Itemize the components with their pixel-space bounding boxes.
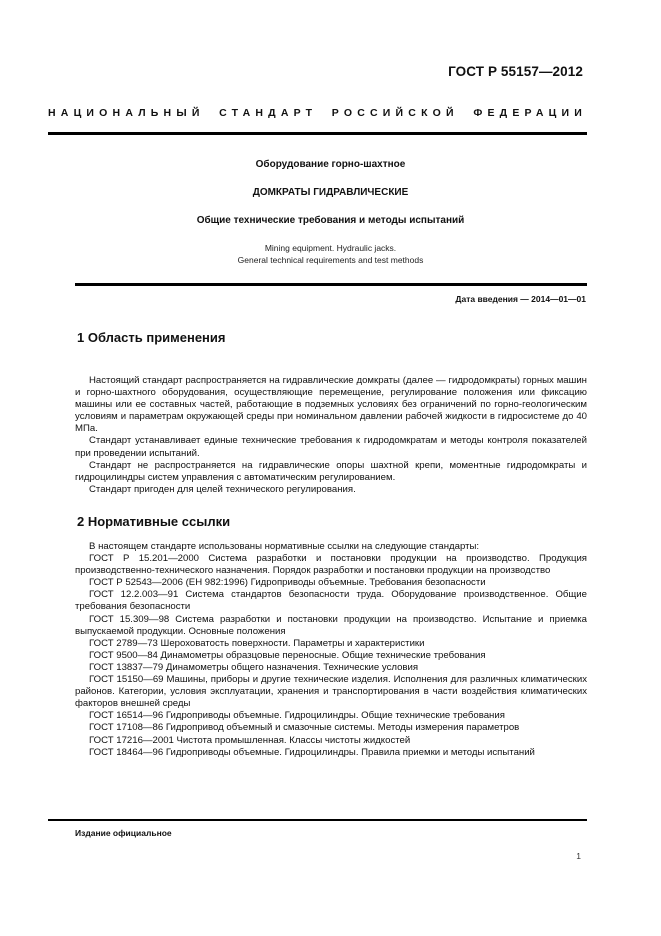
banner-word: СТАНДАРТ — [219, 107, 317, 119]
section-body-scope: Настоящий стандарт распространяется на г… — [75, 375, 587, 496]
section-heading-scope: 1 Область применения — [77, 330, 226, 345]
reference-item: ГОСТ 13837—79 Динамометры общего назначе… — [75, 662, 587, 674]
document-code: ГОСТ Р 55157—2012 — [448, 64, 583, 79]
document-subtitle-top: Оборудование горно-шахтное — [0, 159, 661, 170]
english-title: Mining equipment. Hydraulic jacks. Gener… — [0, 242, 661, 266]
paragraph: Стандарт устанавливает единые технически… — [75, 435, 587, 459]
paragraph: Настоящий стандарт распространяется на г… — [75, 375, 587, 435]
section-body-references: В настоящем стандарте использованы норма… — [75, 541, 587, 759]
reference-item: ГОСТ 15150—69 Машины, приборы и другие т… — [75, 674, 587, 710]
header-divider — [48, 132, 587, 135]
reference-item: ГОСТ Р 15.201—2000 Система разработки и … — [75, 553, 587, 577]
paragraph: Стандарт пригоден для целей технического… — [75, 484, 587, 496]
english-title-line: Mining equipment. Hydraulic jacks. — [0, 242, 661, 254]
reference-item: ГОСТ 16514—96 Гидроприводы объемные. Гид… — [75, 710, 587, 722]
title-divider — [75, 283, 587, 286]
page-number: 1 — [576, 851, 581, 861]
banner-word: РОССИЙСКОЙ — [332, 107, 459, 119]
document-page: ГОСТ Р 55157—2012 НАЦИОНАЛЬНЫЙ СТАНДАРТ … — [0, 0, 661, 936]
reference-item: ГОСТ 12.2.003—91 Система стандартов безо… — [75, 589, 587, 613]
document-title: ДОМКРАТЫ ГИДРАВЛИЧЕСКИЕ — [0, 187, 661, 198]
paragraph: Стандарт не распространяется на гидравли… — [75, 460, 587, 484]
national-standard-banner: НАЦИОНАЛЬНЫЙ СТАНДАРТ РОССИЙСКОЙ ФЕДЕРАЦ… — [48, 107, 587, 119]
introduction-date: Дата введения — 2014—01—01 — [455, 294, 586, 304]
footer-divider — [48, 819, 587, 821]
paragraph: В настоящем стандарте использованы норма… — [75, 541, 587, 553]
edition-label: Издание официальное — [75, 828, 172, 838]
english-title-line: General technical requirements and test … — [0, 254, 661, 266]
reference-item: ГОСТ 2789—73 Шероховатость поверхности. … — [75, 638, 587, 650]
section-heading-references: 2 Нормативные ссылки — [77, 514, 230, 529]
reference-item: ГОСТ 9500—84 Динамометры образцовые пере… — [75, 650, 587, 662]
reference-item: ГОСТ 18464—96 Гидроприводы объемные. Гид… — [75, 747, 587, 759]
reference-item: ГОСТ 17108—86 Гидропривод объемный и сма… — [75, 722, 587, 734]
banner-word: НАЦИОНАЛЬНЫЙ — [48, 107, 205, 119]
reference-item: ГОСТ 15.309—98 Система разработки и пост… — [75, 614, 587, 638]
reference-item: ГОСТ 17216—2001 Чистота промышленная. Кл… — [75, 735, 587, 747]
reference-item: ГОСТ Р 52543—2006 (ЕН 982:1996) Гидропри… — [75, 577, 587, 589]
document-subtitle-bottom: Общие технические требования и методы ис… — [0, 215, 661, 226]
banner-word: ФЕДЕРАЦИИ — [473, 107, 587, 119]
